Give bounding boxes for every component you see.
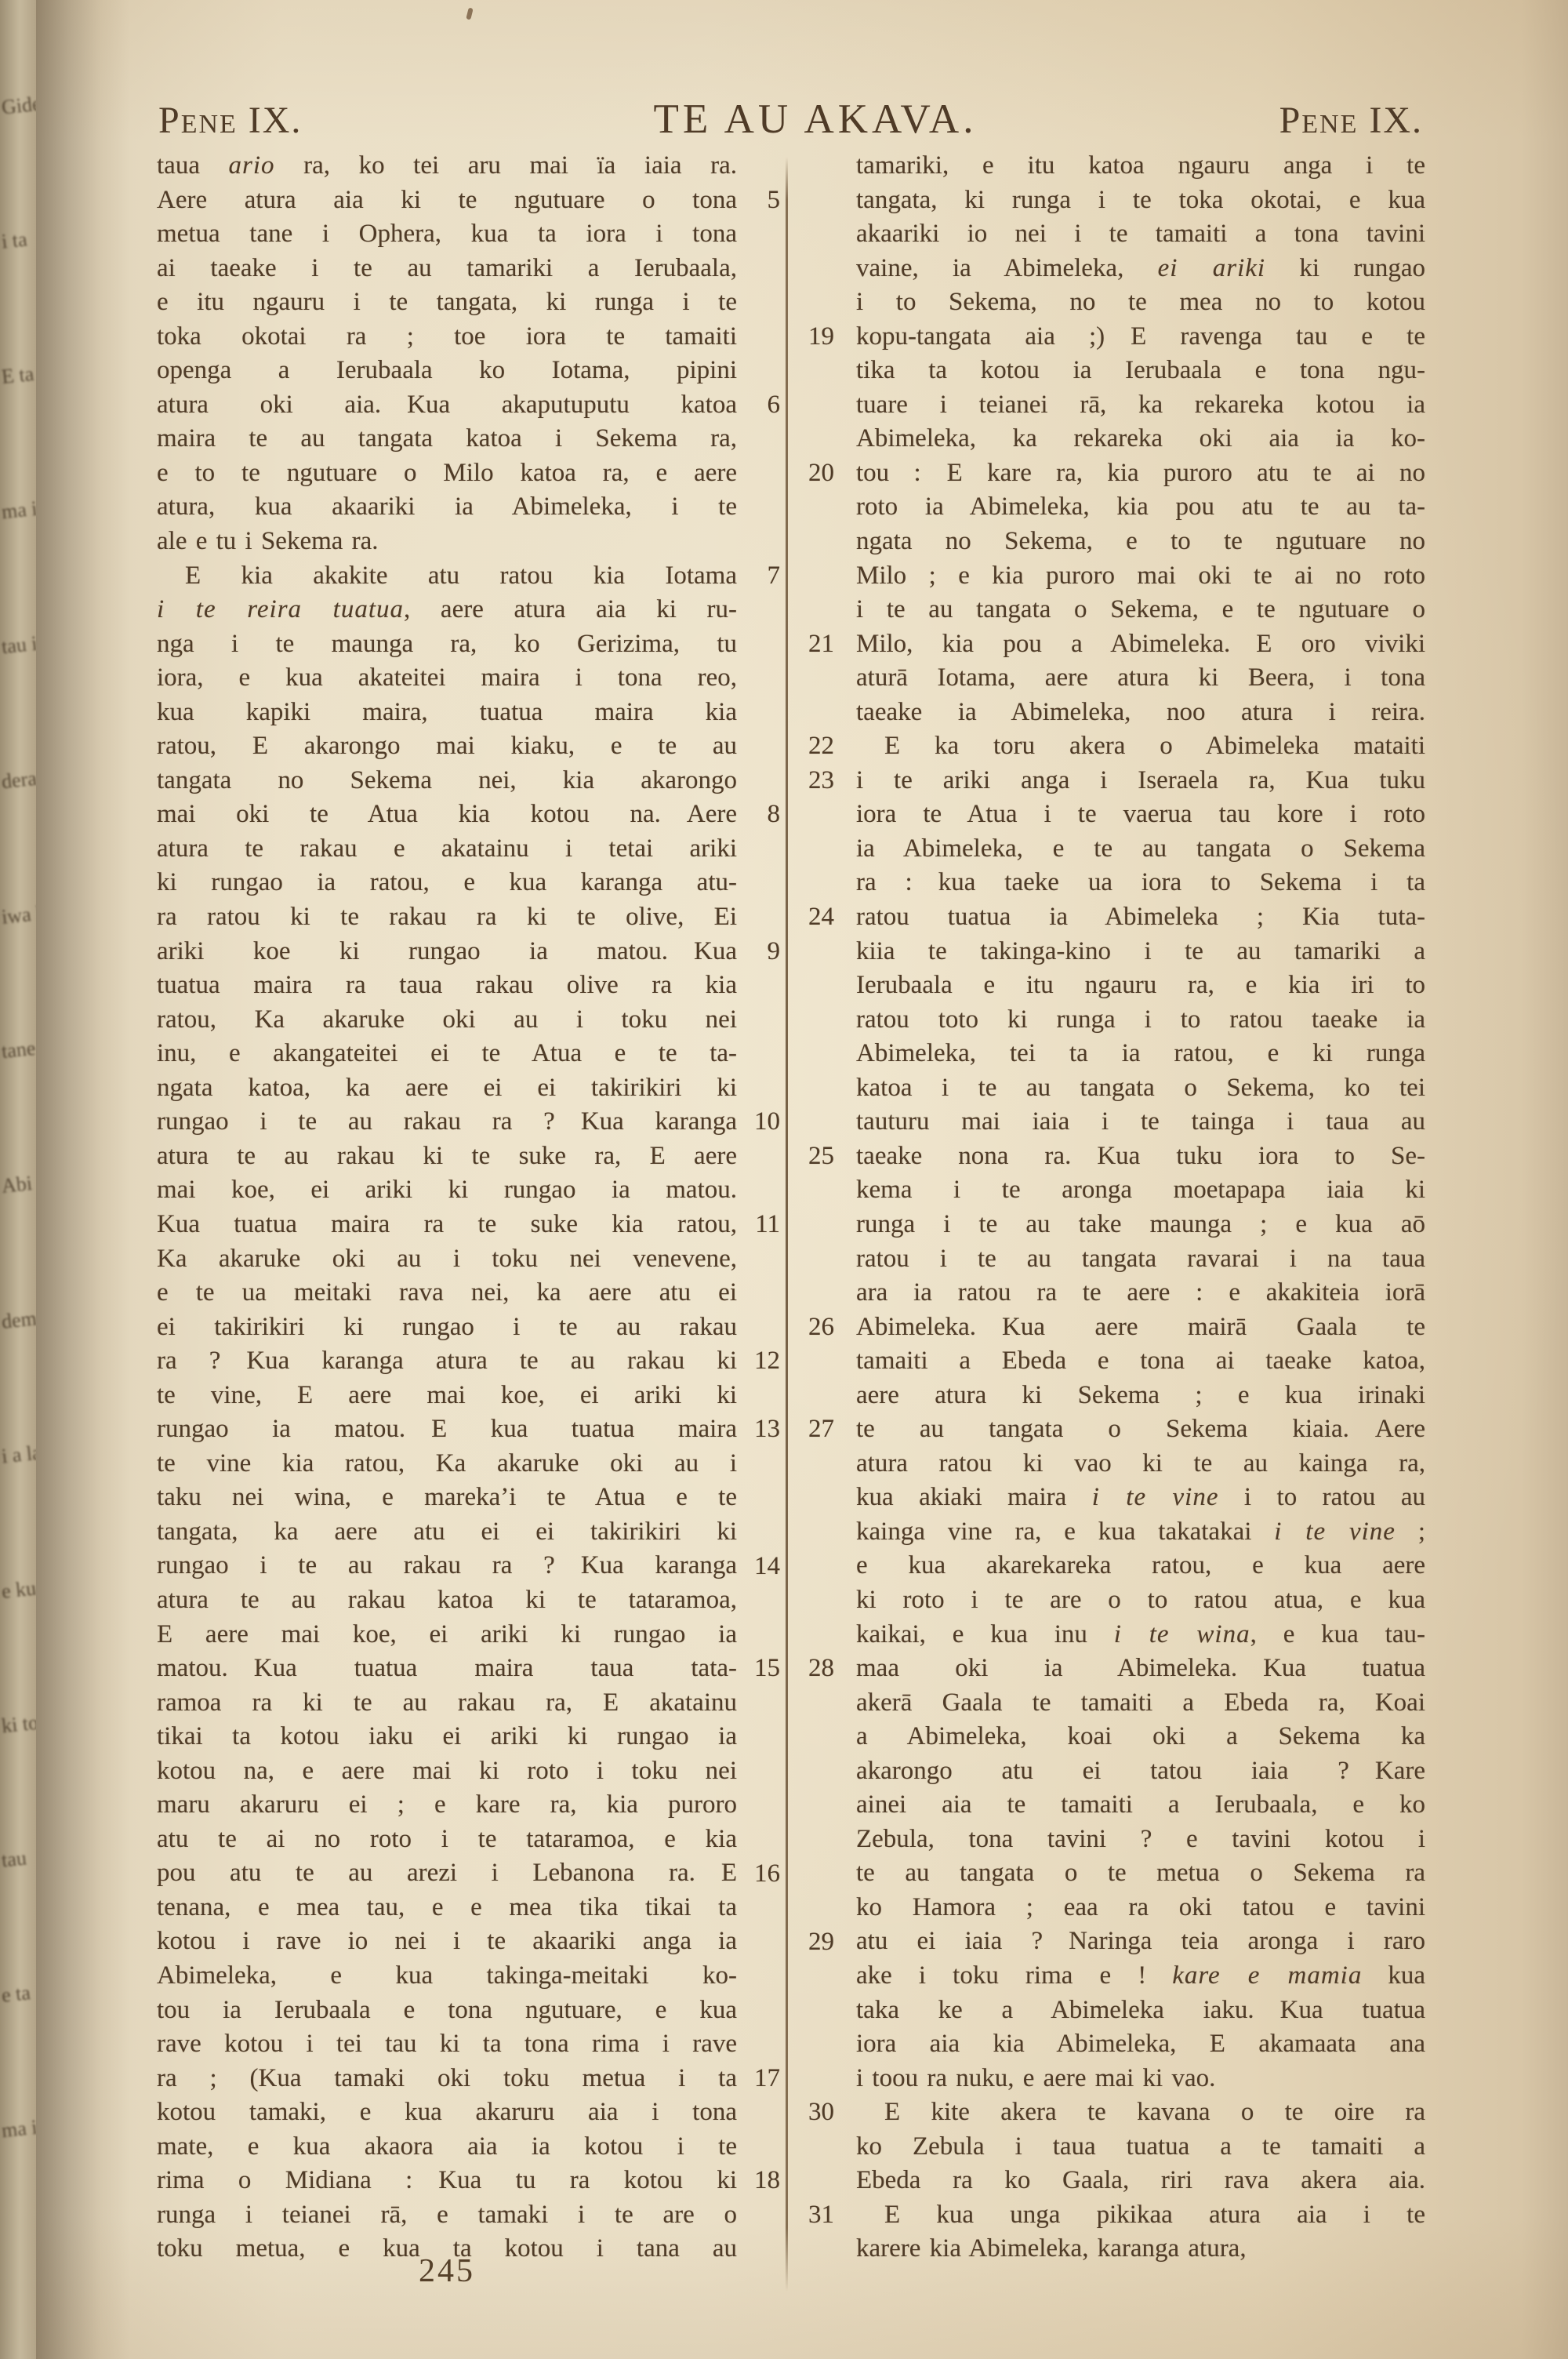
gutter-page-fragment: dera [1, 767, 36, 794]
verse-number: 16 [662, 1857, 780, 1892]
text-line: karere kia Abimeleka, karanga atura, [856, 2232, 1425, 2266]
text-line: runga i te au take maunga ; e kua aō [856, 1208, 1425, 1242]
text-line: Kua tuatua maira ra te suke kia ratou, [157, 1208, 737, 1242]
verse-number: 8 [662, 798, 780, 832]
text-line: i to Sekema, no te mea no to kotou [856, 285, 1425, 320]
gutter-page-fragment: dema [1, 1306, 36, 1334]
verse-number: 6 [662, 388, 780, 423]
text-line: Ierubaala e itu ngauru ra, e kia iri to [856, 969, 1425, 1003]
text-line: Milo, kia pou a Abimeleka. E oro viviki [856, 627, 1425, 662]
text-line: tika ta kotou ia Ierubaala e tona ngu- [856, 354, 1425, 388]
italic-phrase: i te vine [1274, 1518, 1396, 1546]
italic-phrase: ario [229, 151, 275, 180]
gutter-page-fragment: Abi [1, 1172, 34, 1198]
text-segment: ; [1396, 1518, 1425, 1546]
text-line: ratou tuatua ia Abimeleka ; Kia tuta- [856, 900, 1425, 935]
text-line: taka ke a Abimeleka iaku. Kua tuatua [856, 1994, 1425, 2028]
text-line: taeake ia Abimeleka, noo atura i reira. [856, 696, 1425, 730]
text-line: rungao i te au rakau ra ? Kua karanga [157, 1549, 737, 1583]
verse-number: 17 [662, 2062, 780, 2096]
text-line: kotou i rave io nei i te akaariki anga i… [157, 1925, 737, 1959]
text-segment: ki rungao [1265, 254, 1425, 282]
text-line: tou ia Ierubaala e tona ngutuare, e kua [157, 1994, 737, 2028]
verse-number: 30 [808, 2095, 858, 2130]
text-line: Ka akaruke oki au i toku nei venevene, [157, 1242, 737, 1277]
text-line: kainga vine ra, e kua takatakai i te vin… [856, 1515, 1425, 1550]
column-right: tamariki, e itu katoa ngauru anga i teta… [856, 149, 1425, 2266]
verse-number: 28 [808, 1652, 858, 1686]
text-line: Abimeleka, ka rekareka oki aia ia ko- [856, 422, 1425, 456]
text-line: ra ; (Kua tamaki oki toku metua i ta [157, 2062, 737, 2096]
text-line: E kite akera te kavana o te oire ra [856, 2095, 1425, 2130]
text-segment: kua [1362, 1961, 1425, 1990]
text-line: nga i te maunga ra, ko Gerizima, tu [157, 627, 737, 662]
text-line: tamaiti a Ebeda e tona ai taeake katoa, [856, 1344, 1425, 1379]
verse-number: 22 [808, 729, 858, 764]
text-line: tenana, e mea tau, e e mea tika tikai ta [157, 1891, 737, 1925]
verse-number: 14 [662, 1550, 780, 1584]
text-line: ra : kua taeke ua iora to Sekema i ta [856, 866, 1425, 900]
text-line: ake i toku rima e ! kare e mamia kua [856, 1959, 1425, 1994]
gutter-page-fragment: tau i [1, 632, 36, 660]
text-line: e itu ngauru i te tangata, ki runga i te [157, 285, 737, 320]
text-segment: taua [157, 151, 229, 180]
text-line: maru akaruru ei ; e kare ra, kia puroro [157, 1788, 737, 1823]
text-line: i te reira tuatua, aere atura aia ki ru- [157, 593, 737, 627]
verse-number: 25 [808, 1140, 858, 1174]
verse-number: 7 [662, 559, 780, 594]
text-line: te vine kia ratou, Ka akaruke oki au i [157, 1447, 737, 1481]
text-line: ai taeake i te au tamariki a Ierubaala, [157, 252, 737, 286]
text-line: Ebeda ra ko Gaala, riri rava akera aia. [856, 2164, 1425, 2198]
text-line: ra ratou ki te rakau ra ki te olive, Ei [157, 900, 737, 935]
text-line: mai oki te Atua kia kotou na. Aere [157, 798, 737, 832]
text-line: tikai ta kotou iaku ei ariki ki rungao i… [157, 1720, 737, 1754]
text-line: e kua akarekareka ratou, e kua aere [856, 1549, 1425, 1583]
text-line: ki roto i te are o to ratou atua, e kua [856, 1583, 1425, 1618]
verse-number: 5 [662, 184, 780, 218]
text-line: mai koe, ei ariki ki rungao ia matou. [157, 1173, 737, 1208]
text-line: Abimeleka, e kua takinga-meitaki ko- [157, 1959, 737, 1994]
text-line: toka okotai ra ; toe iora te tamaiti [157, 320, 737, 354]
text-line: kaikai, e kua inu i te wina, e kua tau- [856, 1618, 1425, 1652]
text-segment: ra, ko tei aru mai ïa iaia ra. [275, 151, 737, 180]
header-chapter-right: Pene IX. [1279, 99, 1423, 142]
text-line: ratou i te au tangata ravarai i na taua [856, 1242, 1425, 1277]
text-line: a Abimeleka, koai oki a Sekema ka [856, 1720, 1425, 1754]
text-line: Aere atura aia ki te ngutuare o tona [157, 184, 737, 218]
text-line: ngata no Sekema, e to te ngutuare no [856, 525, 1425, 559]
verse-number: 21 [808, 627, 858, 662]
text-line: tuare i teianei rā, ka rekareka kotou ia [856, 388, 1425, 423]
text-line: ngata katoa, ka aere ei ei takirikiri ki [157, 1071, 737, 1106]
running-head: Pene IX. TE AU AKAVA. Pene IX. [0, 99, 1568, 146]
text-line: atura te rakau e akatainu i tetai ariki [157, 832, 737, 867]
text-line: mate, e kua akaora aia ia kotou i te [157, 2130, 737, 2165]
text-line: te vine, E aere mai koe, ei ariki ki [157, 1379, 737, 1413]
text-line: atu te ai no roto i te tataramoa, e kia [157, 1823, 737, 1857]
text-line: pou atu te au arezi i Lebanona ra. E [157, 1856, 737, 1891]
text-segment: kainga vine ra, e kua takatakai [856, 1518, 1274, 1546]
text-line: Abimeleka, tei ta ia ratou, e ki runga [856, 1037, 1425, 1071]
gutter-page-fragment: i ta [1, 227, 28, 253]
gutter-facing-page: Gidei taE tama itau ideraiwa ktaneAbidem… [0, 0, 36, 2359]
text-line: E kua unga pikikaa atura aia i te [856, 2198, 1425, 2233]
text-line: tangata, ki runga i te toka okotai, e ku… [856, 184, 1425, 218]
page-title: TE AU AKAVA. [188, 96, 1443, 143]
text-line: kotou na, e aere mai ki roto i toku nei [157, 1754, 737, 1789]
text-line: rima o Midiana : Kua tu ra kotou ki [157, 2164, 737, 2198]
italic-phrase: i te vine [1092, 1483, 1219, 1511]
text-line: E kia akakite atu ratou kia Iotama [157, 559, 737, 594]
italic-phrase: ei ariki [1158, 254, 1265, 282]
gutter-page-fragment: E ta [1, 362, 35, 389]
verse-number: 9 [662, 935, 780, 969]
text-line: ko Hamora ; eaa ra oki tatou e tavini [856, 1891, 1425, 1925]
text-line: te au tangata o te metua o Sekema ra [856, 1856, 1425, 1891]
gutter-page-fragment: i a la [1, 1441, 36, 1468]
text-line: ia Abimeleka, e te au tangata o Sekema [856, 832, 1425, 867]
gutter-page-fragment: ma i [1, 497, 36, 525]
text-line: atura te au rakau katoa ki te tataramoa, [157, 1583, 737, 1618]
gutter-page-fragment: ma i [1, 2116, 36, 2143]
verse-number: 11 [662, 1208, 780, 1242]
text-line: aturā Iotama, aere atura ki Beera, i ton… [856, 661, 1425, 696]
text-line: rungao ia matou. E kua tuatua maira [157, 1412, 737, 1447]
text-line: iora, e kua akateitei maira i tona reo, [157, 661, 737, 696]
verse-number: 27 [808, 1412, 858, 1447]
italic-phrase: kare e mamia [1172, 1961, 1362, 1990]
gutter-page-fragment: iwa k [1, 901, 36, 929]
text-line: akerā Gaala te tamaiti a Ebeda ra, Koai [856, 1686, 1425, 1721]
verse-number: 19 [808, 320, 858, 354]
text-line: tangata, ka aere atu ei ei takirikiri ki [157, 1515, 737, 1550]
text-line: akarongo atu ei tatou iaia ? Kare [856, 1754, 1425, 1789]
verse-number: 31 [808, 2198, 858, 2233]
verse-number: 15 [662, 1652, 780, 1686]
text-line: i toou ra nuku, e aere mai ki vao. [856, 2062, 1425, 2096]
verse-number: 26 [808, 1310, 858, 1345]
text-line: ki rungao ia ratou, e kua karanga atu- [157, 866, 737, 900]
verse-number: 10 [662, 1105, 780, 1140]
text-line: tou : E kare ra, kia puroro atu te ai no [856, 456, 1425, 491]
text-line: kotou tamaki, e kua akaruru aia i tona [157, 2095, 737, 2130]
text-segment: kaikai, e kua inu [856, 1620, 1114, 1648]
text-segment: vaine, ia Abimeleka, [856, 254, 1158, 282]
text-line: tuatua maira ra taua rakau olive ra kia [157, 969, 737, 1003]
text-line: ra ? Kua karanga atura te au rakau ki [157, 1344, 737, 1379]
text-line: kopu-tangata aia ;) E ravenga tau e te [856, 320, 1425, 354]
text-line: taua ario ra, ko tei aru mai ïa iaia ra. [157, 149, 737, 184]
text-line: taku nei wina, e mareka’i te Atua e te [157, 1481, 737, 1515]
verse-number: 12 [662, 1344, 780, 1379]
text-segment: ake i toku rima e ! [856, 1961, 1172, 1990]
text-line: ainei aia te tamaiti a Ierubaala, e ko [856, 1788, 1425, 1823]
gutter-page-fragment: e ta [1, 1981, 32, 2008]
text-line: atura te au rakau ki te suke ra, E aere [157, 1140, 737, 1174]
text-line: kiia te takinga-kino i te au tamariki a [856, 935, 1425, 969]
text-line: inu, e akangateitei ei te Atua e te ta- [157, 1037, 737, 1071]
text-line: atu ei iaia ? Naringa teia aronga i raro [856, 1925, 1425, 1959]
verse-number: 29 [808, 1925, 858, 1960]
verse-number: 20 [808, 456, 858, 491]
text-segment: i to ratou au [1219, 1483, 1426, 1511]
text-line: katoa i te au tangata o Sekema, ko tei [856, 1071, 1425, 1106]
text-line: roto ia Abimeleka, kia pou atu te au ta- [856, 490, 1425, 525]
text-line: ratou, E akarongo mai kiaku, e te au [157, 729, 737, 764]
text-line: akaariki io nei i te tamaiti a tona tavi… [856, 217, 1425, 252]
verse-number: 13 [662, 1412, 780, 1447]
verse-number: 18 [662, 2164, 780, 2198]
text-line: maa oki ia Abimeleka. Kua tuatua [856, 1652, 1425, 1686]
text-line: Abimeleka. Kua aere mairā Gaala te [856, 1310, 1425, 1345]
text-line: e te ua meitaki rava nei, ka aere atu ei [157, 1276, 737, 1310]
text-line: matou. Kua tuatua maira taua tata- [157, 1652, 737, 1686]
text-line: i te au tangata o Sekema, e te ngutuare … [856, 593, 1425, 627]
verse-number: 23 [808, 764, 858, 798]
text-line: Milo ; e kia puroro mai oki te ai no rot… [856, 559, 1425, 594]
text-line: metua tane i Ophera, kua ta iora i tona [157, 217, 737, 252]
column-left: taua ario ra, ko tei aru mai ïa iaia ra.… [157, 149, 737, 2266]
text-line: te au tangata o Sekema kiaia. Aere [856, 1412, 1425, 1447]
text-line: ariki koe ki rungao ia matou. Kua [157, 935, 737, 969]
text-line: E ka toru akera o Abimeleka mataiti [856, 729, 1425, 764]
text-line: aere atura ki Sekema ; e kua irinaki [856, 1379, 1425, 1413]
gutter-page-fragment: ki to [1, 1711, 36, 1739]
text-line: e to te ngutuare o Milo katoa ra, e aere [157, 456, 737, 491]
column-divider-rule [786, 157, 788, 2292]
page-number: 245 [392, 2252, 502, 2290]
text-line: ko Zebula i taua tuatua a te tamaiti a [856, 2130, 1425, 2165]
text-line: atura ratou ki vao ki te au kainga ra, [856, 1447, 1425, 1481]
text-line: atura oki aia. Kua akaputuputu katoa [157, 388, 737, 423]
text-line: kua akiaki maira i te vine i to ratou au [856, 1481, 1425, 1515]
text-line: ale e tu i Sekema ra. [157, 525, 737, 559]
text-segment: , aere atura aia ki ru- [404, 595, 737, 623]
text-line: kema i te aronga moetapapa iaia ki [856, 1173, 1425, 1208]
gutter-page-fragment: tane [1, 1037, 36, 1063]
text-line: iora te Atua i te vaerua tau kore i roto [856, 798, 1425, 832]
gutter-page-fragment: tau [1, 1846, 28, 1872]
text-line: atura, kua akaariki ia Abimeleka, i te [157, 490, 737, 525]
text-line: ratou, Ka akaruke oki au i toku nei [157, 1003, 737, 1038]
text-segment: , e kua tau- [1250, 1620, 1425, 1648]
text-line: ratou toto ki runga i to ratou taeake ia [856, 1003, 1425, 1038]
text-line: rungao i te au rakau ra ? Kua karanga [157, 1105, 737, 1140]
text-line: maira te au tangata katoa i Sekema ra, [157, 422, 737, 456]
text-line: iora aia kia Abimeleka, E akamaata ana [856, 2027, 1425, 2062]
text-line: Zebula, tona tavini ? e tavini kotou i [856, 1823, 1425, 1857]
verse-number: 24 [808, 900, 858, 935]
text-segment: kua akiaki maira [856, 1483, 1092, 1511]
text-line: tauturu mai iaia i te tainga i taua au [856, 1105, 1425, 1140]
text-line: tamariki, e itu katoa ngauru anga i te [856, 149, 1425, 184]
text-line: vaine, ia Abimeleka, ei ariki ki rungao [856, 252, 1425, 286]
gutter-fold-shadow [36, 0, 130, 2359]
text-line: taeake nona ra. Kua tuku iora to Se- [856, 1140, 1425, 1174]
text-line: ara ia ratou ra te aere : e akakiteia io… [856, 1276, 1425, 1310]
text-line: ramoa ra ki te au rakau ra, E akatainu [157, 1686, 737, 1721]
text-line: i te ariki anga i Iseraela ra, Kua tuku [856, 764, 1425, 798]
italic-phrase: i te wina [1114, 1620, 1250, 1648]
text-line: tangata no Sekema nei, kia akarongo [157, 764, 737, 798]
text-line: openga a Ierubaala ko Iotama, pipini [157, 354, 737, 388]
gutter-page-fragment: e kua [1, 1576, 36, 1604]
text-line: runga i teianei rā, e tamaki i te are o [157, 2198, 737, 2233]
text-line: rave kotou i tei tau ki ta tona rima i r… [157, 2027, 737, 2062]
text-line: kua kapiki maira, tuatua maira kia [157, 696, 737, 730]
text-line: ei takirikiri ki rungao i te au rakau [157, 1310, 737, 1345]
text-line: E aere mai koe, ei ariki ki rungao ia [157, 1618, 737, 1652]
italic-phrase: i te reira tuatua [157, 595, 404, 623]
